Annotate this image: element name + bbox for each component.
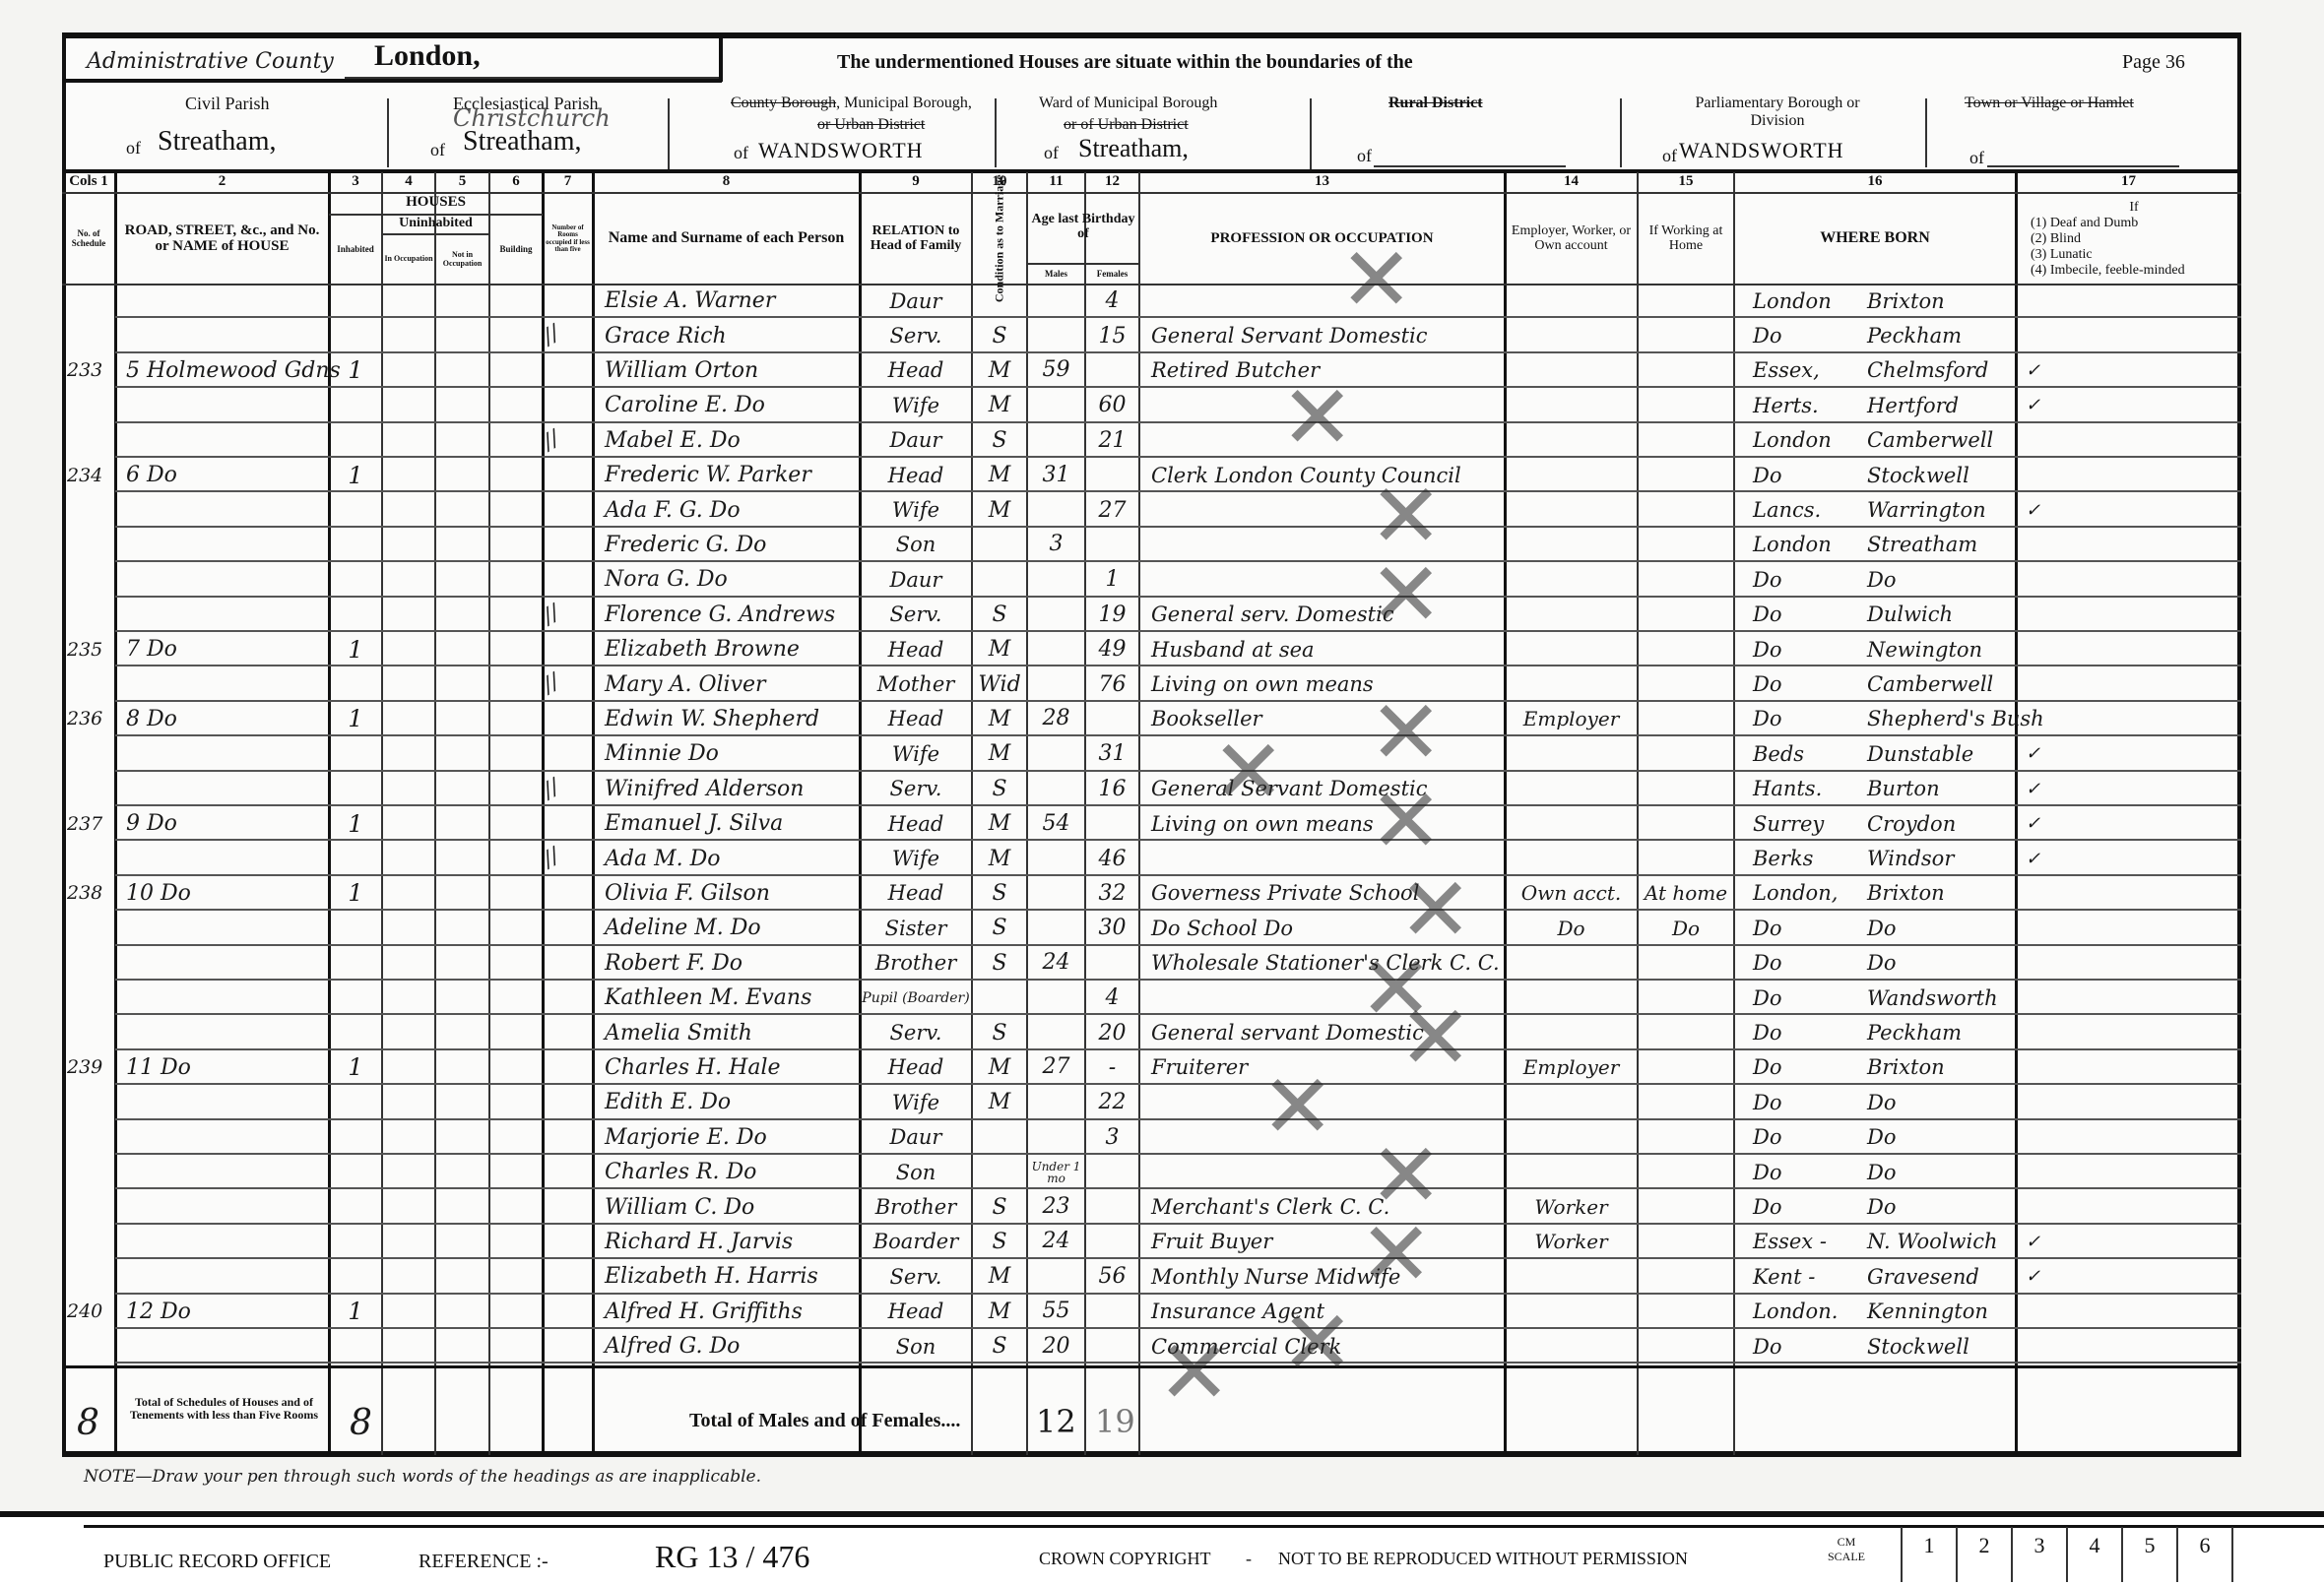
cell-rooms-mark: //	[527, 661, 576, 707]
cell-schedule	[65, 738, 115, 769]
column-number: 6	[489, 172, 543, 192]
cell-female-age	[1085, 704, 1139, 734]
cell-address	[120, 1017, 329, 1047]
cell-check	[2016, 983, 2078, 1013]
header-infirmity: If(1) Deaf and Dumb(2) Blind(3) Lunatic(…	[2031, 200, 2237, 279]
cell-female-age: 49	[1085, 634, 1139, 665]
table-row: Marjorie E. DoDaur3DoDo	[0, 1122, 2324, 1157]
cell-born-place: Peckham	[1861, 320, 2016, 350]
civil-parish-value: Streatham,	[158, 126, 277, 158]
cell-inhabited	[329, 1261, 382, 1292]
cell-at-home: At home	[1638, 878, 1734, 909]
table-row: 2368 Do1Edwin W. ShepherdHeadM28Booksell…	[0, 704, 2324, 738]
footer-scale-label: CM SCALE	[1827, 1535, 1866, 1564]
cell-female-age: -	[1085, 1052, 1139, 1083]
footer-separator: -	[1246, 1549, 1252, 1569]
cell-address	[120, 494, 329, 525]
cell-name: Emanuel J. Silva	[599, 808, 860, 839]
cell-born-place: Do	[1861, 1191, 2016, 1222]
cell-born-county: Do	[1743, 1191, 1861, 1222]
cell-born-county: Lancs.	[1743, 494, 1861, 525]
cell-male-age	[1027, 843, 1085, 873]
cell-occupation: Bookseller	[1145, 704, 1505, 734]
cell-check: ✓	[2016, 355, 2078, 386]
cell-born-place: Do	[1861, 1122, 2016, 1153]
cell-inhabited	[329, 913, 382, 943]
cell-schedule	[65, 285, 115, 316]
cell-address	[120, 668, 329, 699]
schedules-total-label: Total of Schedules of Houses and of Tene…	[123, 1396, 325, 1422]
cell-born-county: Do	[1743, 983, 1861, 1013]
females-total: 19	[1095, 1403, 1135, 1440]
cell-male-age	[1027, 564, 1085, 595]
cell-employer	[1505, 774, 1638, 804]
cell-occupation: Living on own means	[1145, 668, 1505, 699]
cell-at-home	[1638, 704, 1734, 734]
cell-born-county: Do	[1743, 1087, 1861, 1117]
cell-born-county: Do	[1743, 1331, 1861, 1362]
cell-condition: S	[972, 948, 1027, 979]
cell-check	[2016, 1157, 2078, 1187]
cell-female-age	[1085, 530, 1139, 560]
cell-occupation: Clerk London County Council	[1145, 460, 1505, 490]
cell-occupation: General servant Domestic	[1145, 1017, 1505, 1047]
cell-female-age: 3	[1085, 1122, 1139, 1153]
cell-at-home	[1638, 320, 1734, 350]
table-row: Elsie A. WarnerDaur4LondonBrixton	[0, 285, 2324, 320]
column-number: Cols 1	[62, 172, 115, 192]
cell-name: Florence G. Andrews	[599, 600, 860, 630]
table-row: Edith E. DoWifeM22DoDo	[0, 1087, 2324, 1121]
cell-check	[2016, 1087, 2078, 1117]
cell-at-home	[1638, 1157, 1734, 1187]
page-number: Page 36	[2122, 51, 2185, 74]
cell-check	[2016, 285, 2078, 316]
cell-at-home	[1638, 355, 1734, 386]
admin-county-value: London,	[374, 39, 481, 73]
cell-employer: Employer	[1505, 704, 1638, 734]
cell-schedule: 234	[65, 460, 115, 490]
cell-at-home	[1638, 390, 1734, 420]
cell-name: Charles H. Hale	[599, 1052, 860, 1083]
cell-born-place: Do	[1861, 948, 2016, 979]
column-number: 3	[329, 172, 382, 192]
cell-relation: Wife	[860, 494, 972, 525]
table-row: Charles R. DoSonUnder 1 moDoDo	[0, 1157, 2324, 1191]
cell-check	[2016, 1297, 2078, 1327]
cell-check: ✓	[2016, 1227, 2078, 1257]
cell-female-age: 32	[1085, 878, 1139, 909]
cell-born-county: London	[1743, 530, 1861, 560]
cell-male-age: 24	[1027, 1227, 1085, 1257]
cell-inhabited: 1	[329, 878, 382, 909]
cell-occupation	[1145, 738, 1505, 769]
cell-condition: S	[972, 878, 1027, 909]
cell-female-age: 46	[1085, 843, 1139, 873]
cell-address	[120, 564, 329, 595]
cell-address	[120, 425, 329, 456]
cell-name: Alfred G. Do	[599, 1331, 860, 1362]
cell-relation: Head	[860, 808, 972, 839]
table-row: 23911 Do1Charles H. HaleHeadM27-Fruitere…	[0, 1052, 2324, 1087]
cell-condition: Wid	[972, 668, 1027, 699]
cell-condition: M	[972, 460, 1027, 490]
cell-relation: Serv.	[860, 774, 972, 804]
cell-rooms-mark: //	[527, 312, 576, 358]
cell-inhabited	[329, 564, 382, 595]
cell-occupation	[1145, 425, 1505, 456]
cell-name: Robert F. Do	[599, 948, 860, 979]
cell-name: Richard H. Jarvis	[599, 1227, 860, 1257]
cell-schedule: 237	[65, 808, 115, 839]
header-where-born: WHERE BORN	[1734, 192, 2016, 285]
cell-male-age	[1027, 320, 1085, 350]
cell-male-age	[1027, 983, 1085, 1013]
table-row: 2335 Holmewood Gdns1William OrtonHeadM59…	[0, 355, 2324, 390]
cell-schedule	[65, 564, 115, 595]
cell-name: Nora G. Do	[599, 564, 860, 595]
cell-female-age: 4	[1085, 983, 1139, 1013]
cell-female-age	[1085, 1157, 1139, 1187]
cell-employer: Employer	[1505, 1052, 1638, 1083]
divider	[1310, 98, 1312, 172]
cell-male-age	[1027, 774, 1085, 804]
cell-inhabited	[329, 1017, 382, 1047]
cell-condition: M	[972, 843, 1027, 873]
parliamentary-label: Parliamentary Borough or Division	[1674, 95, 1881, 130]
cell-male-age	[1027, 668, 1085, 699]
cell-inhabited	[329, 1227, 382, 1257]
cell-born-county: Do	[1743, 704, 1861, 734]
cell-relation: Boarder	[860, 1227, 972, 1257]
cell-check	[2016, 634, 2078, 665]
table-row: Adeline M. DoSisterS30Do School DoDoDoDo…	[0, 913, 2324, 947]
cell-inhabited	[329, 738, 382, 769]
cell-check	[2016, 878, 2078, 909]
cell-at-home	[1638, 668, 1734, 699]
cell-inhabited: 1	[329, 704, 382, 734]
cell-condition	[972, 983, 1027, 1013]
borough-value: WANDSWORTH	[758, 138, 924, 163]
cell-at-home	[1638, 634, 1734, 665]
cell-address	[120, 1227, 329, 1257]
cell-male-age	[1027, 1017, 1085, 1047]
cell-male-age: 3	[1027, 530, 1085, 560]
cell-inhabited	[329, 600, 382, 630]
cell-male-age: 28	[1027, 704, 1085, 734]
cell-female-age: 76	[1085, 668, 1139, 699]
cell-address: 8 Do	[120, 704, 329, 734]
cell-address	[120, 1331, 329, 1362]
table-row: Caroline E. DoWifeM60Herts.Hertford✓	[0, 390, 2324, 424]
cell-employer	[1505, 600, 1638, 630]
cell-schedule	[65, 320, 115, 350]
cell-address: 12 Do	[120, 1297, 329, 1327]
cell-male-age	[1027, 1261, 1085, 1292]
cell-check	[2016, 530, 2078, 560]
cell-relation: Son	[860, 1331, 972, 1362]
cell-female-age	[1085, 1297, 1139, 1327]
cell-employer	[1505, 634, 1638, 665]
cell-inhabited	[329, 983, 382, 1013]
cell-at-home	[1638, 738, 1734, 769]
cell-female-age: 60	[1085, 390, 1139, 420]
of-label: of	[430, 140, 445, 160]
cell-born-county: Essex,	[1743, 355, 1861, 386]
table-row: 2379 Do1Emanuel J. SilvaHeadM54Living on…	[0, 808, 2324, 843]
cell-male-age: 23	[1027, 1191, 1085, 1222]
cell-born-county: Do	[1743, 634, 1861, 665]
cell-schedule	[65, 774, 115, 804]
cell-address	[120, 913, 329, 943]
cell-born-place: Gravesend	[1861, 1261, 2016, 1292]
cell-female-age	[1085, 1331, 1139, 1362]
cell-schedule: 238	[65, 878, 115, 909]
of-label: of	[734, 143, 748, 163]
of-label: of	[1969, 148, 1984, 168]
table-row: //Mabel E. DoDaurS21LondonCamberwell	[0, 425, 2324, 460]
cell-name: Ada M. Do	[599, 843, 860, 873]
cell-relation: Wife	[860, 843, 972, 873]
scale-mark: 4	[2066, 1527, 2121, 1582]
column-number: 14	[1505, 172, 1638, 192]
rural-district-label: Rural District	[1388, 95, 1483, 112]
cell-address	[120, 1087, 329, 1117]
cell-schedule: 235	[65, 634, 115, 665]
divider	[62, 79, 722, 83]
totals-divider	[62, 1365, 2241, 1368]
header-name: Name and Surname of each Person	[593, 192, 860, 285]
cell-born-place: Stockwell	[1861, 460, 2016, 490]
cell-employer: Worker	[1505, 1191, 1638, 1222]
cell-name: Winifred Alderson	[599, 774, 860, 804]
header-occupation: PROFESSION OR OCCUPATION	[1139, 192, 1505, 285]
males-females-label: Total of Males and of Females....	[689, 1410, 960, 1432]
cell-address	[120, 738, 329, 769]
cell-at-home	[1638, 1261, 1734, 1292]
cell-relation: Serv.	[860, 1017, 972, 1047]
cell-check: ✓	[2016, 390, 2078, 420]
cell-condition: S	[972, 425, 1027, 456]
header-in-occupation: In Occupation	[382, 233, 435, 285]
cell-address: 6 Do	[120, 460, 329, 490]
cell-check	[2016, 704, 2078, 734]
cell-name: Grace Rich	[599, 320, 860, 350]
header-age: Age last Birthday of	[1027, 192, 1139, 263]
cell-inhabited	[329, 425, 382, 456]
cell-inhabited	[329, 390, 382, 420]
cell-male-age: 24	[1027, 948, 1085, 979]
cell-employer	[1505, 808, 1638, 839]
of-label: of	[126, 138, 141, 158]
table-row: 24012 Do1Alfred H. GriffithsHeadM55Insur…	[0, 1297, 2324, 1331]
cell-occupation	[1145, 843, 1505, 873]
cell-schedule	[65, 1087, 115, 1117]
cell-relation: Daur	[860, 564, 972, 595]
cell-name: Elizabeth Browne	[599, 634, 860, 665]
cell-address	[120, 948, 329, 979]
cell-check: ✓	[2016, 774, 2078, 804]
cell-born-place: Camberwell	[1861, 425, 2016, 456]
cell-occupation	[1145, 1157, 1505, 1187]
cell-born-place: Burton	[1861, 774, 2016, 804]
cell-address	[120, 320, 329, 350]
divider	[387, 98, 389, 167]
cell-born-county: London,	[1743, 878, 1861, 909]
cell-male-age: 31	[1027, 460, 1085, 490]
cell-check: ✓	[2016, 494, 2078, 525]
cell-at-home	[1638, 530, 1734, 560]
cell-born-county: Do	[1743, 600, 1861, 630]
divider	[995, 98, 997, 167]
cell-born-place: Stockwell	[1861, 1331, 2016, 1362]
cell-inhabited	[329, 1191, 382, 1222]
cell-relation: Mother	[860, 668, 972, 699]
column-number: 4	[382, 172, 435, 192]
cell-name: Edith E. Do	[599, 1087, 860, 1117]
cell-name: Adeline M. Do	[599, 913, 860, 943]
cell-at-home	[1638, 1087, 1734, 1117]
header-condition-label: Condition as to Marriage	[994, 175, 1006, 303]
cell-schedule	[65, 530, 115, 560]
of-label: of	[1044, 143, 1059, 163]
cell-check	[2016, 913, 2078, 943]
cell-born-county: Do	[1743, 1157, 1861, 1187]
cell-schedule	[65, 1191, 115, 1222]
infirmity-option: (3) Lunatic	[2031, 247, 2237, 263]
cell-check	[2016, 1017, 2078, 1047]
cell-born-county: London.	[1743, 1297, 1861, 1327]
cell-at-home	[1638, 285, 1734, 316]
cell-born-place: Do	[1861, 1087, 2016, 1117]
borough-label-struck: or Urban District	[817, 116, 925, 134]
cell-born-place: Do	[1861, 564, 2016, 595]
cell-condition: M	[972, 634, 1027, 665]
cell-born-place: Chelmsford	[1861, 355, 2016, 386]
cell-check	[2016, 564, 2078, 595]
cell-born-place: Do	[1861, 1157, 2016, 1187]
cell-female-age: 19	[1085, 600, 1139, 630]
cell-born-county: Herts.	[1743, 390, 1861, 420]
cell-condition: M	[972, 355, 1027, 386]
cell-relation: Head	[860, 1052, 972, 1083]
cell-check	[2016, 1052, 2078, 1083]
cell-relation: Son	[860, 1157, 972, 1187]
table-row: //Grace RichServ.S15General Servant Dome…	[0, 320, 2324, 354]
cell-occupation	[1145, 530, 1505, 560]
cell-employer	[1505, 1017, 1638, 1047]
cell-employer	[1505, 1331, 1638, 1362]
cell-male-age: 27	[1027, 1052, 1085, 1083]
cell-employer	[1505, 530, 1638, 560]
cell-address	[120, 285, 329, 316]
cell-relation: Pupil (Boarder)	[860, 983, 972, 1013]
cell-employer	[1505, 1157, 1638, 1187]
cell-at-home	[1638, 1017, 1734, 1047]
cell-male-age	[1027, 878, 1085, 909]
cell-born-place: Camberwell	[1861, 668, 2016, 699]
cell-schedule: 233	[65, 355, 115, 386]
cell-occupation: Monthly Nurse Midwife	[1145, 1261, 1505, 1292]
cell-name: Edwin W. Shepherd	[599, 704, 860, 734]
cell-address: 5 Holmewood Gdns	[120, 355, 329, 386]
cell-schedule	[65, 425, 115, 456]
cell-employer	[1505, 843, 1638, 873]
column-number: 16	[1734, 172, 2016, 192]
cell-name: Elsie A. Warner	[599, 285, 860, 316]
cell-female-age: 22	[1085, 1087, 1139, 1117]
cell-inhabited: 1	[329, 1052, 382, 1083]
cell-at-home	[1638, 1052, 1734, 1083]
cell-occupation: General Servant Domestic	[1145, 774, 1505, 804]
cell-born-county: Beds	[1743, 738, 1861, 769]
cell-born-place: Dulwich	[1861, 600, 2016, 630]
table-row: //Mary A. OliverMotherWid76Living on own…	[0, 668, 2324, 703]
cell-address	[120, 1122, 329, 1153]
table-row: //Winifred AldersonServ.S16General Serva…	[0, 774, 2324, 808]
cell-check: ✓	[2016, 808, 2078, 839]
infirmity-option: (2) Blind	[2031, 231, 2237, 247]
cell-condition: M	[972, 738, 1027, 769]
cell-schedule	[65, 1227, 115, 1257]
cell-occupation: Husband at sea	[1145, 634, 1505, 665]
scale-mark: 2	[1956, 1527, 2011, 1582]
header-schedule: No. of Schedule	[62, 192, 115, 285]
cell-rooms-mark: //	[527, 766, 576, 812]
cell-employer	[1505, 1261, 1638, 1292]
cell-name: Olivia F. Gilson	[599, 878, 860, 909]
form-note: NOTE—Draw your pen through such words of…	[84, 1467, 761, 1487]
column-number: 12	[1085, 172, 1139, 192]
cell-born-place: Shepherd's Bush	[1861, 704, 2016, 734]
cell-at-home	[1638, 1227, 1734, 1257]
cell-male-age	[1027, 600, 1085, 630]
cell-employer	[1505, 1087, 1638, 1117]
cell-occupation	[1145, 494, 1505, 525]
cell-at-home: Do	[1638, 913, 1734, 943]
footer-office: PUBLIC RECORD OFFICE	[103, 1551, 331, 1573]
cell-relation: Daur	[860, 425, 972, 456]
archive-footer: PUBLIC RECORD OFFICE REFERENCE :- RG 13 …	[0, 1511, 2324, 1585]
cell-condition	[972, 285, 1027, 316]
cell-male-age: 54	[1027, 808, 1085, 839]
cell-name: Mabel E. Do	[599, 425, 860, 456]
cell-at-home	[1638, 948, 1734, 979]
cell-address: 7 Do	[120, 634, 329, 665]
cell-schedule	[65, 1261, 115, 1292]
cell-schedule	[65, 1331, 115, 1362]
cell-female-age	[1085, 948, 1139, 979]
cell-at-home	[1638, 425, 1734, 456]
cell-condition: M	[972, 1052, 1027, 1083]
cell-condition: M	[972, 390, 1027, 420]
cell-at-home	[1638, 808, 1734, 839]
cell-inhabited: 1	[329, 460, 382, 490]
cell-born-county: Do	[1743, 460, 1861, 490]
cell-schedule	[65, 494, 115, 525]
males-total: 12	[1036, 1403, 1076, 1440]
cell-at-home	[1638, 843, 1734, 873]
cell-condition: M	[972, 704, 1027, 734]
cell-occupation	[1145, 1122, 1505, 1153]
cell-schedule	[65, 843, 115, 873]
cell-at-home	[1638, 774, 1734, 804]
table-row: Kathleen M. EvansPupil (Boarder)4DoWands…	[0, 983, 2324, 1017]
table-row: Elizabeth H. HarrisServ.M56Monthly Nurse…	[0, 1261, 2324, 1296]
eccl-parish-value: Streatham,	[463, 126, 582, 158]
cell-female-age: 21	[1085, 425, 1139, 456]
cell-relation: Sister	[860, 913, 972, 943]
